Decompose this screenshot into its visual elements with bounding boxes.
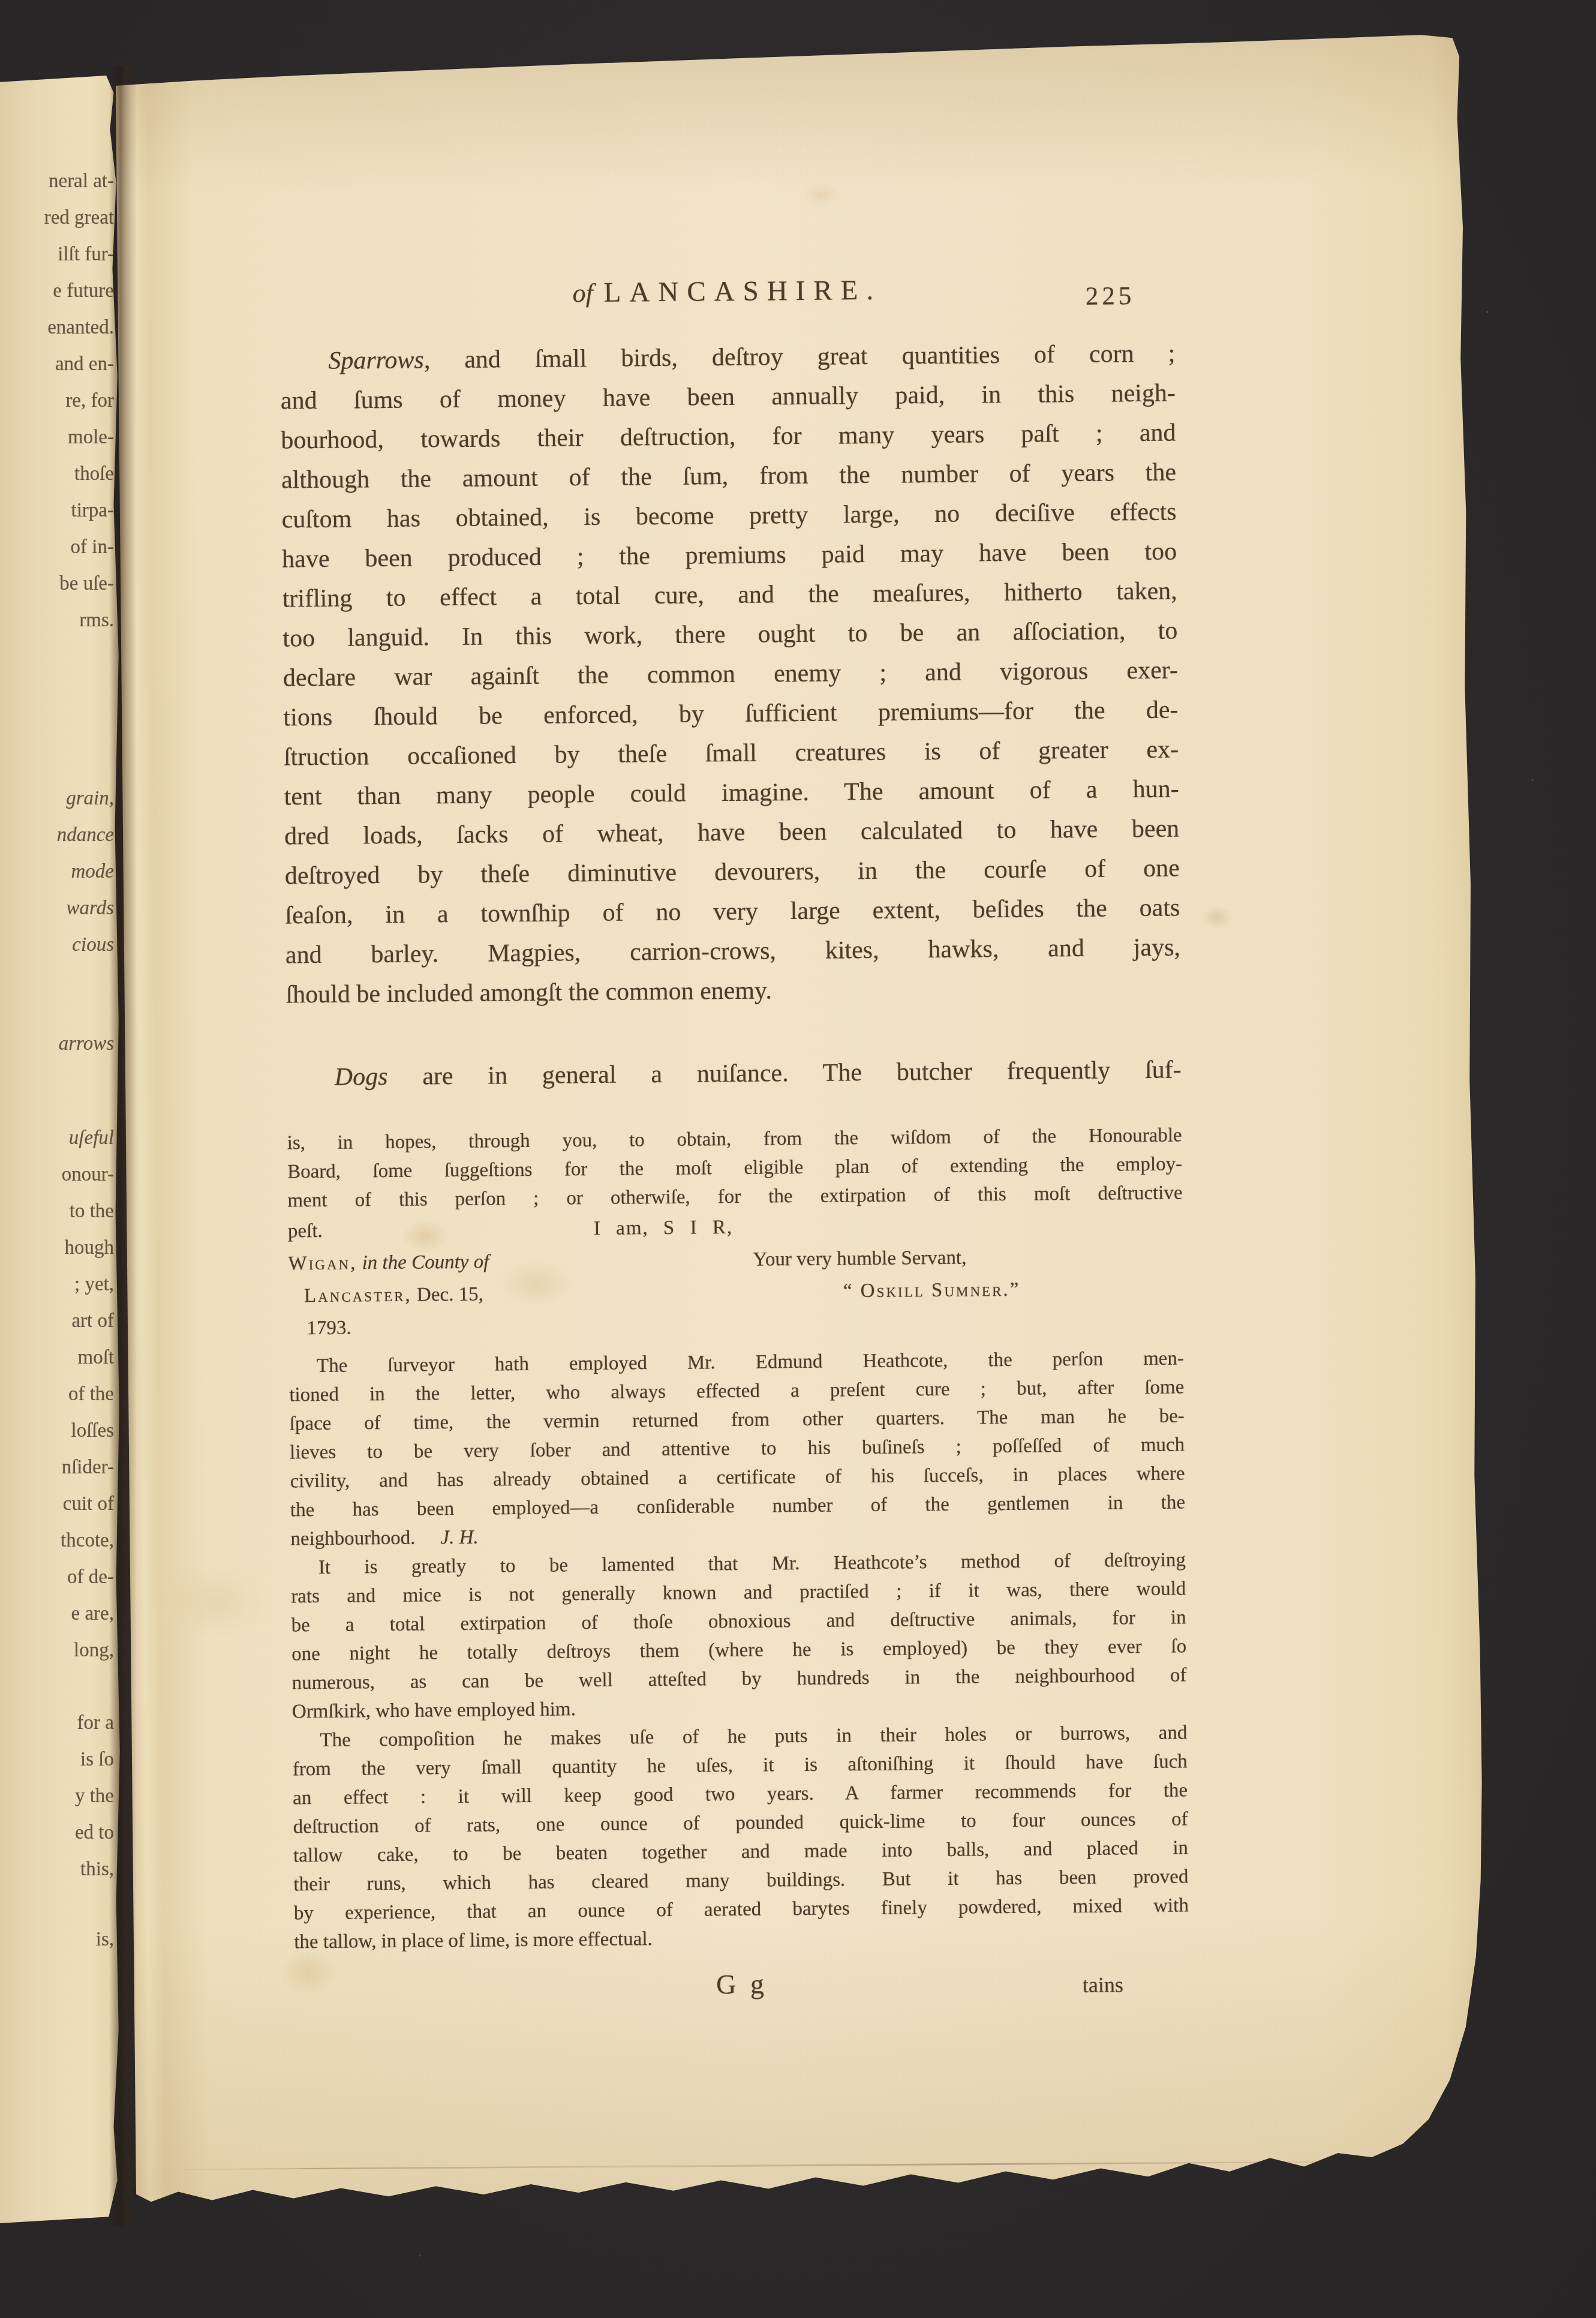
i-am-sir-text: I am, S I R, — [594, 1211, 734, 1245]
editor-initials: J. H. — [440, 1527, 479, 1549]
facing-page-text-fragment: e future — [0, 273, 124, 310]
neighbourhood-text: neighbourhood. — [290, 1527, 415, 1550]
county-of-text: in the County of — [357, 1251, 489, 1274]
page-foot-row: G g tains — [294, 1964, 1190, 2020]
page-title: ofLANCASHIRE. — [279, 271, 1174, 311]
page-number: 225 — [1086, 281, 1135, 311]
facing-page-text-fragment: ; yet, — [0, 1266, 124, 1303]
facing-page-text-fragment: of de- — [0, 1559, 124, 1596]
facing-page-text-fragment: be uſe- — [0, 566, 124, 602]
facing-page-text-fragment: e are, — [0, 1596, 124, 1632]
surveyor-paragraph: The ſurveyor hath employed Mr. Edmund He… — [289, 1344, 1185, 1524]
facing-page-text-fragment: arrows — [0, 1026, 124, 1062]
facing-page-text-fragment: loſſes — [0, 1413, 124, 1449]
running-head: ofLANCASHIRE. 225 — [279, 271, 1175, 323]
letter-date: Dec. 15, — [412, 1284, 483, 1306]
facing-page-text-fragment: nſider- — [0, 1449, 124, 1486]
facing-page-text-fragment: to the — [0, 1193, 124, 1230]
facing-page-text-fragment: of in- — [0, 529, 124, 566]
facing-page-text-fragment: tirpa- — [0, 493, 124, 529]
facing-page-text-fragment: re, for — [0, 383, 124, 419]
facing-page-text-fragment: onour- — [0, 1157, 124, 1193]
pest-word: peſt. — [288, 1220, 323, 1242]
facing-page-text-fragment: ndance — [0, 817, 124, 854]
facing-page-text-fragment: art of — [0, 1303, 124, 1340]
facing-page-text-fragment: wards — [0, 890, 124, 927]
gathering-signature-mark: G g — [294, 1964, 1189, 2004]
catchword: tains — [1083, 1972, 1123, 1998]
letter-end-paragraph: is, in hopes, through you, to obtain, fr… — [287, 1121, 1182, 1215]
composition-paragraph: The compoſition he makes uſe of he puts … — [292, 1718, 1189, 1956]
lamented-paragraph: It is greatly to be lamented that Mr. He… — [291, 1545, 1187, 1726]
facing-page-text-fragment: and en- — [0, 346, 124, 383]
facing-page-text-fragment: of the — [0, 1376, 124, 1413]
lancaster-place: Lancaster, — [304, 1284, 412, 1307]
dogs-paragraph: Dogs are in general a nuiſance. The butc… — [286, 1050, 1182, 1097]
facing-page-text-fragment: uſeful — [0, 1120, 124, 1157]
page-crease-line — [158, 2160, 1420, 2170]
title-of-word: of — [572, 278, 593, 308]
facing-page-text-fragment: is ſo — [0, 1741, 124, 1778]
facing-page-text-fragment: is, — [0, 1921, 124, 1958]
text-column: ofLANCASHIRE. 225 Sparrows, and ſmall bi… — [278, 32, 1190, 2020]
facing-page-text-fragment: ilſt fur- — [0, 236, 124, 273]
facing-page-text-fragment: grain, — [0, 780, 124, 817]
sparrows-word: Sparrows — [328, 346, 424, 374]
signature-name: “ Oskill Sumner.” — [843, 1274, 1021, 1308]
first-line-rest: , and ſmall birds, deſtroy great quantit… — [424, 340, 1176, 374]
facing-page-text-fragment: neral at- — [0, 163, 124, 200]
facing-page-text-fragment: mode — [0, 854, 124, 890]
title-county-word: LANCASHIRE. — [604, 275, 882, 308]
facing-page-text-fragment: mole- — [0, 419, 124, 456]
facing-page-text-fragment: y the — [0, 1778, 124, 1815]
facing-page-text-fragment: moſt — [0, 1340, 124, 1376]
scanned-book-photo: neral at-red greatilſt fur-e futureenant… — [0, 0, 1596, 2318]
sparrows-paragraph-lines: and ſums of money have been annually pai… — [281, 373, 1181, 1014]
facing-page-edge: neral at-red greatilſt fur-e futureenant… — [0, 76, 124, 2223]
facing-page-text-fragment: cuit of — [0, 1486, 124, 1523]
dogs-line-rest: are in general a nuiſance. The butcher f… — [387, 1056, 1182, 1091]
facing-page-text-fragment: ed to — [0, 1815, 124, 1851]
facing-page-text-fragment: long, — [0, 1632, 124, 1669]
dogs-word: Dogs — [335, 1063, 388, 1091]
footnote-block: is, in hopes, through you, to obtain, fr… — [287, 1121, 1189, 1956]
facing-page-text-fragment: for a — [0, 1705, 124, 1741]
text-line: and barley. Magpies, carrion-crows, kite… — [285, 927, 1181, 975]
facing-page-text-fragment: thoſe — [0, 456, 124, 493]
facing-page-text-fragment: this, — [0, 1851, 124, 1888]
facing-page-text-fragment: cious — [0, 927, 124, 963]
book-page: ofLANCASHIRE. 225 Sparrows, and ſmall bi… — [112, 30, 1488, 2232]
facing-page-text-fragment: hough — [0, 1230, 124, 1266]
facing-page-text-fragment: rms. — [0, 602, 124, 639]
facing-page-text-fragment: red great — [0, 200, 124, 236]
wigan-place: Wigan, — [288, 1252, 357, 1274]
facing-page-text-fragment: thcote, — [0, 1523, 124, 1559]
letter-year: 1793. — [306, 1317, 351, 1340]
sparrows-paragraph: Sparrows, and ſmall birds, deſtroy great… — [280, 334, 1181, 1014]
text-line: ſhould be included amongſt the common en… — [285, 967, 1181, 1014]
facing-page-text-fragment: enanted. — [0, 310, 124, 346]
humble-servant-text: Your very humble Servant, — [753, 1242, 966, 1276]
